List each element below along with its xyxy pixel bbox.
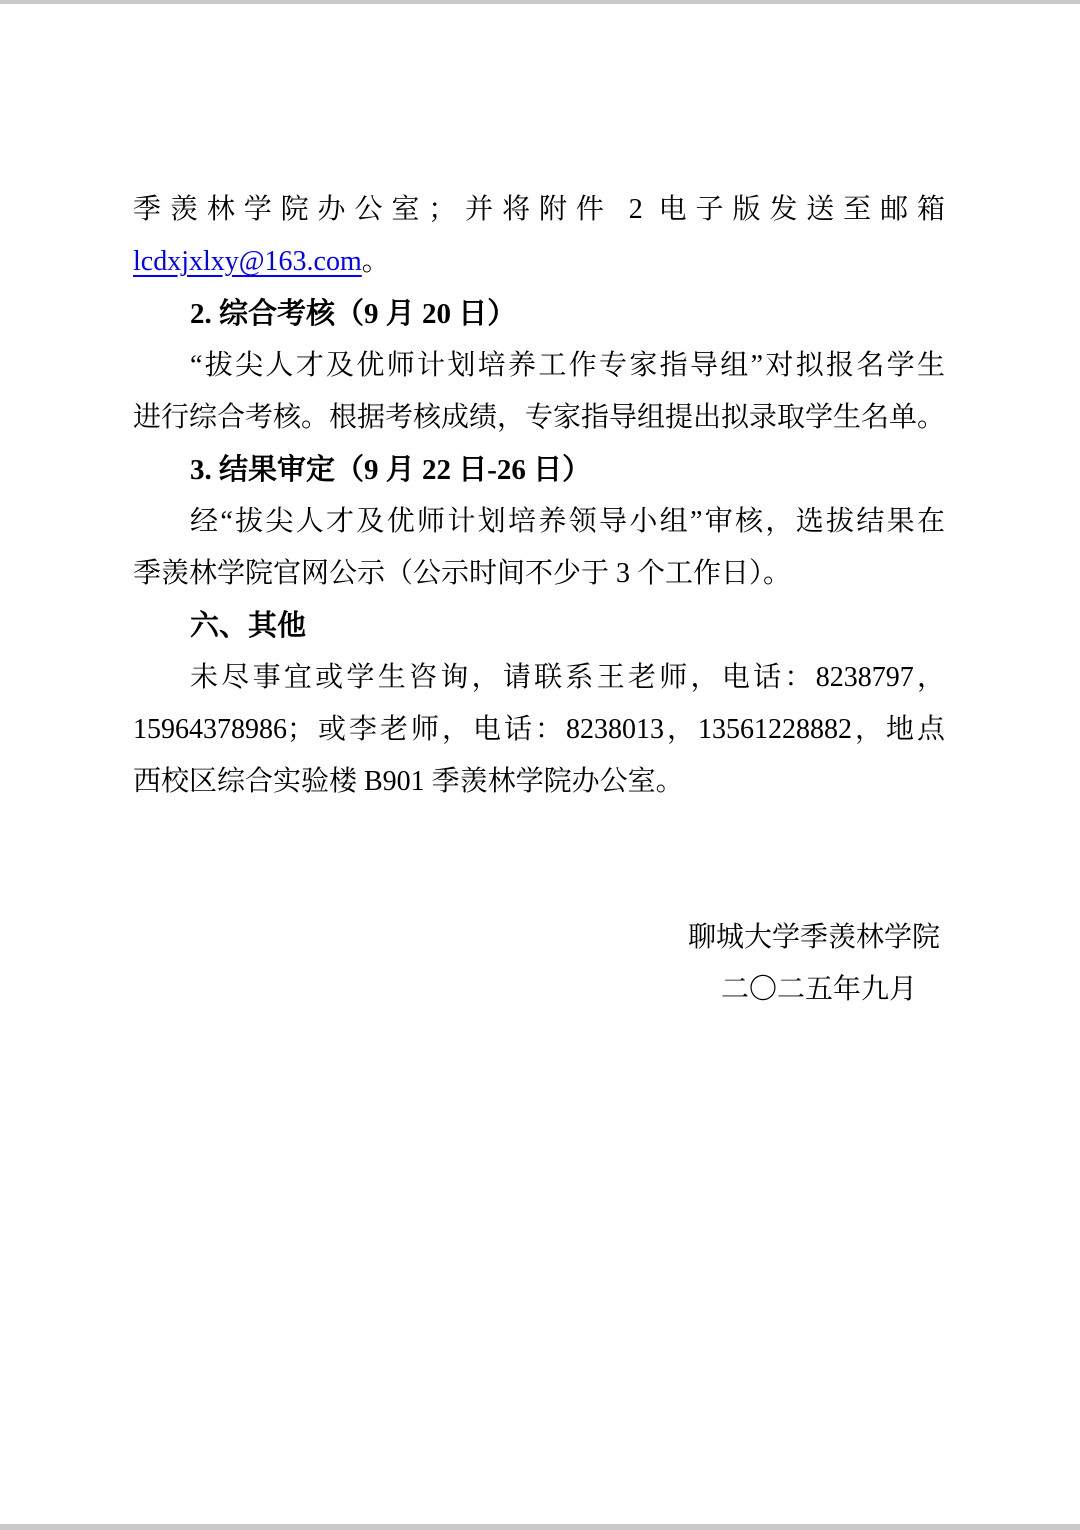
paragraph-line: 15964378986；或李老师，电话：8238013，13561228882，… — [133, 704, 945, 756]
continuation-paragraph-line: 季羡林学院办公室；并将附件 2 电子版发送至邮箱 — [133, 184, 945, 236]
page-top-edge — [0, 0, 1080, 4]
paragraph-line: 未尽事宜或学生咨询，请联系王老师，电话：8238797， — [133, 652, 945, 704]
section-heading-result-review: 3. 结果审定（9 月 22 日-26 日） — [133, 444, 945, 496]
paragraph-line: 西校区综合实验楼 B901 季羡林学院办公室。 — [133, 756, 945, 808]
section-heading-comprehensive-assessment: 2. 综合考核（9 月 20 日） — [133, 288, 945, 340]
section-heading-others: 六、其他 — [133, 600, 945, 652]
signature-organization: 聊城大学季羡林学院 — [133, 912, 945, 964]
paragraph-line: 经“拔尖人才及优师计划培养领导小组”审核，选拔结果在 — [133, 496, 945, 548]
paragraph-line: 进行综合考核。根据考核成绩，专家指导组提出拟录取学生名单。 — [133, 392, 945, 444]
email-link[interactable]: lcdxjxlxy@163.com — [133, 246, 362, 277]
signature-date: 二〇二五年九月 — [133, 964, 945, 1016]
blank-line — [133, 860, 945, 912]
blank-line — [133, 808, 945, 860]
paragraph-line: “拔尖人才及优师计划培养工作专家指导组”对拟报名学生 — [133, 340, 945, 392]
paragraph-line: 季羡林学院官网公示（公示时间不少于 3 个工作日）。 — [133, 548, 945, 600]
email-line: lcdxjxlxy@163.com。 — [133, 236, 945, 288]
email-line-suffix: 。 — [362, 246, 390, 277]
document-body: 季羡林学院办公室；并将附件 2 电子版发送至邮箱 lcdxjxlxy@163.c… — [133, 184, 945, 1016]
page-bottom-edge — [0, 1524, 1080, 1530]
